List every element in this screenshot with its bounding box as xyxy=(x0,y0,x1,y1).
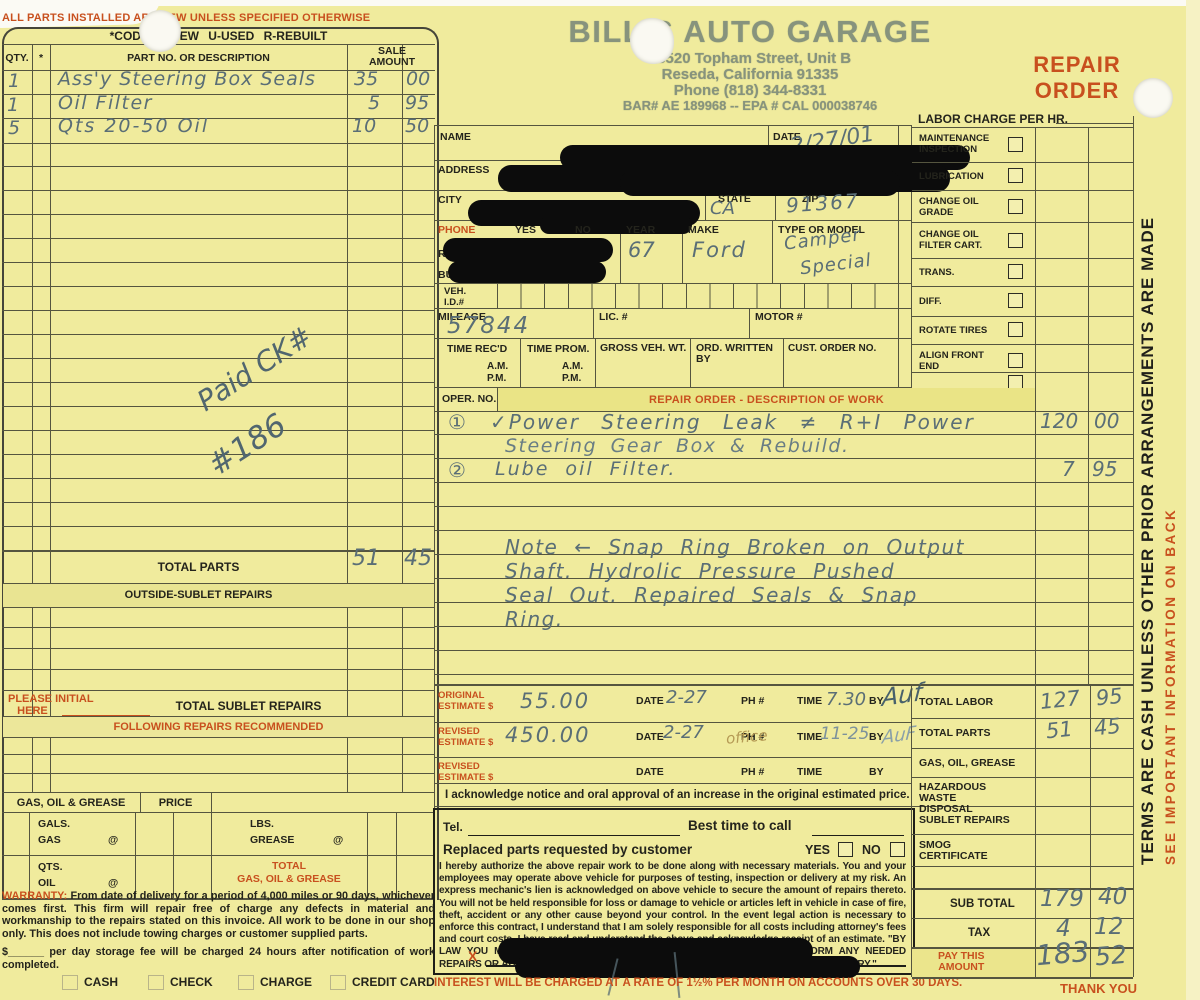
time-received-label: TIME REC'D xyxy=(447,343,507,355)
price-header: PRICE xyxy=(140,797,211,809)
qts-label: QTS. xyxy=(38,861,63,873)
replaced-yes-checkbox[interactable] xyxy=(838,842,853,857)
part-row-cents: 00 xyxy=(406,70,430,89)
work-note-line3: Seal Out. Repaired Seals & Snap xyxy=(505,585,918,605)
part-row-desc: Ass'y Steering Box Seals xyxy=(58,70,316,89)
part-row-qty: 1 xyxy=(8,72,20,91)
labor-item-label: DIFF. xyxy=(919,296,1001,307)
zip-value: 91367 xyxy=(785,190,860,215)
check-checkbox[interactable] xyxy=(148,975,164,990)
date-field-label: DATE xyxy=(636,731,664,743)
part-row-desc: Oil Filter xyxy=(58,94,153,113)
total-row-label: TOTAL PARTS xyxy=(919,727,991,739)
oil-at-sign: @ xyxy=(108,877,118,889)
parts-qty-header: QTY. xyxy=(3,52,31,64)
pm-label: P.M. xyxy=(562,373,581,384)
work-header: REPAIR ORDER - DESCRIPTION OF WORK xyxy=(498,394,1035,406)
phone-redaction xyxy=(448,261,606,283)
grease-at-sign: @ xyxy=(333,834,343,846)
part-row-qty: 1 xyxy=(7,96,19,115)
year-value: 67 xyxy=(628,240,655,261)
please-initial-label: PLEASE INITIAL HERE xyxy=(8,693,94,717)
gas-section-header: GAS, OIL & GREASE xyxy=(2,797,140,809)
grease-label: GREASE xyxy=(250,834,294,846)
pm-label: P.M. xyxy=(487,373,506,384)
lbs-label: LBS. xyxy=(250,818,274,830)
ph-field-label: PH # xyxy=(741,766,764,778)
signature-x-label: X xyxy=(468,948,477,964)
labor-item-checkbox[interactable] xyxy=(1008,353,1023,368)
total-row-cents: 95 xyxy=(1095,686,1124,710)
city-redaction xyxy=(540,216,692,234)
see-back-vertical-text: SEE IMPORTANT INFORMATION ON BACK xyxy=(1163,325,1178,865)
garage-phone: Phone (818) 344-8331 xyxy=(520,82,980,99)
original-estimate-date: 2-27 xyxy=(666,689,707,707)
total-parts-label: TOTAL PARTS xyxy=(50,560,347,574)
yes-label: YES xyxy=(805,843,830,857)
original-estimate-time: 7.30 xyxy=(826,691,866,709)
model-value-line2: Special xyxy=(799,252,873,279)
tel-line xyxy=(468,835,680,836)
customer-order-label: CUST. ORDER NO. xyxy=(788,343,876,354)
labor-item-checkbox[interactable] xyxy=(1008,168,1023,183)
gals-label: GALS. xyxy=(38,818,70,830)
total-row-label: SUBLET REPAIRS xyxy=(919,814,1010,826)
subtotal-cents: 40 xyxy=(1098,886,1127,909)
work-line3-cents: 95 xyxy=(1092,459,1117,479)
work-line3-text: Lube oil Filter. xyxy=(495,460,676,479)
part-row-qty: 5 xyxy=(8,119,20,138)
gross-weight-label: GROSS VEH. WT. xyxy=(600,343,688,354)
gas-at-sign: @ xyxy=(108,834,118,846)
following-repairs-label: FOLLOWING REPAIRS RECOMMENDED xyxy=(2,721,435,733)
order-written-by-label: ORD. WRITTENBY xyxy=(696,343,773,365)
pay-amount-cents: 52 xyxy=(1094,942,1128,970)
work-note-line2: Shaft. Hydrolic Pressure Pushed xyxy=(505,561,895,581)
code-legend: *CODE N-NEW U-USED R-REBUILT xyxy=(2,29,435,43)
part-row-dollars: 35 xyxy=(354,70,378,89)
am-label: A.M. xyxy=(562,361,583,372)
labor-item-label: ROTATE TIRES xyxy=(919,325,1001,336)
original-estimate-amount: 55.00 xyxy=(520,691,590,712)
oil-label: OIL xyxy=(38,877,56,889)
time-promised-label: TIME PROM. xyxy=(527,343,589,355)
tax-label: TAX xyxy=(968,927,990,939)
state-value: CA xyxy=(710,200,735,218)
blank-sublet-rows xyxy=(2,607,435,690)
hole-punch xyxy=(139,10,181,52)
total-row-label: HAZARDOUS WASTE DISPOSAL xyxy=(919,782,1009,815)
subtotal-dollars: 179 xyxy=(1040,888,1084,911)
original-estimate-label: ORIGINALESTIMATE $ xyxy=(438,690,493,712)
total-row-label: TOTAL LABOR xyxy=(919,696,993,708)
phone-no-label: NO xyxy=(575,224,591,236)
part-row-desc: Qts 20-50 Oil xyxy=(58,117,209,136)
total-row-label: SMOG CERTIFICATE xyxy=(919,840,999,862)
replaced-no-checkbox[interactable] xyxy=(890,842,905,857)
hole-punch xyxy=(1133,78,1173,118)
gas-label: GAS xyxy=(38,834,61,846)
total-row-dollars: 127 xyxy=(1039,688,1081,713)
work-line3-dollars: 7 xyxy=(1062,459,1075,479)
make-label: MAKE xyxy=(688,224,719,236)
date-field-label: DATE xyxy=(636,766,664,778)
labor-item-checkbox[interactable] xyxy=(1008,199,1023,214)
part-row-dollars: 5 xyxy=(368,94,380,113)
blank-parts-rows xyxy=(2,143,435,551)
phone-yes-label: YES xyxy=(515,224,536,236)
total-sublet-label: TOTAL SUBLET REPAIRS xyxy=(150,699,347,713)
work-note-line1: Note ← Snap Ring Broken on Output xyxy=(505,537,965,557)
labor-item-checkbox[interactable] xyxy=(1008,233,1023,248)
time-field-label: TIME xyxy=(797,766,822,778)
interest-notice: INTEREST WILL BE CHARGED AT A RATE OF 1½… xyxy=(434,977,962,989)
revised-estimate-amount: 450.00 xyxy=(505,725,590,746)
garage-license: BAR# AE 189968 -- EPA # CAL 000038746 xyxy=(520,98,980,113)
thank-you: THANK YOU xyxy=(1060,981,1137,996)
revised-estimate-time: 11-25 xyxy=(820,726,869,743)
labor-item-label: MAINTENANCE INSPECTION xyxy=(919,133,1001,155)
part-row-dollars: 10 xyxy=(352,117,376,136)
labor-item-checkbox[interactable] xyxy=(1008,137,1023,152)
check-label: CHECK xyxy=(170,975,213,989)
best-time-line xyxy=(812,835,904,836)
gas-total-label: TOTALGAS, OIL & GREASE xyxy=(211,860,367,886)
garage-street: 18520 Topham Street, Unit B xyxy=(520,50,980,67)
labor-item-label: CHANGE OIL FILTER CART. xyxy=(919,229,1001,251)
total-parts-cents: 45 xyxy=(404,548,432,570)
charge-label: CHARGE xyxy=(260,975,312,989)
work-line2-text: Steering Gear Box & Rebuild. xyxy=(505,437,849,456)
oper-no-label: OPER. NO. xyxy=(442,393,496,405)
acknowledge-text: I acknowledge notice and oral approval o… xyxy=(445,789,910,801)
revised-estimate-label: REVISEDESTIMATE $ xyxy=(438,726,493,748)
work-line1-text: ✓Power Steering Leak ≠ R+I Power xyxy=(490,412,975,432)
labor-item-label: TRANS. xyxy=(919,267,1001,278)
labor-charge-title: LABOR CHARGE PER HR. xyxy=(918,112,1068,126)
storage-fee-text: $______ per day storage fee will be char… xyxy=(2,946,435,971)
address-label: ADDRESS xyxy=(438,164,489,176)
license-label: LIC. # xyxy=(599,311,628,323)
parts-star-header: * xyxy=(34,52,48,64)
part-row-cents: 50 xyxy=(405,117,429,136)
garage-name: BILL'S AUTO GARAGE xyxy=(520,14,980,50)
replaced-parts-label: Replaced parts requested by customer xyxy=(443,842,692,857)
cash-checkbox[interactable] xyxy=(62,975,78,990)
motor-label: MOTOR # xyxy=(755,311,803,323)
labor-item-label: LUBRICATION xyxy=(919,171,1001,182)
time-field-label: TIME xyxy=(797,695,822,707)
phone-redaction xyxy=(443,238,613,262)
warranty-text: WARRANTY: From date of delivery for a pe… xyxy=(2,890,435,940)
work-note-line4: Ring. xyxy=(505,609,564,629)
total-row-label: GAS, OIL, GREASE xyxy=(919,757,1015,769)
outside-sublet-label: OUTSIDE-SUBLET REPAIRS xyxy=(50,589,347,601)
make-value: Ford xyxy=(692,240,747,261)
pay-amount-dollars: 183 xyxy=(1035,938,1091,971)
name-label: NAME xyxy=(440,131,471,143)
pay-this-amount-label: PAY THISAMOUNT xyxy=(938,951,985,973)
warranty-label: WARRANTY: xyxy=(2,890,67,902)
work-line1-number: ① xyxy=(448,412,466,432)
by-field-label: BY xyxy=(869,766,884,778)
garage-city: Reseda, California 91335 xyxy=(520,66,980,83)
labor-item-label: ALIGN FRONT END xyxy=(919,350,1001,372)
sale-amount-header: SALEAMOUNT xyxy=(347,46,437,68)
date-field-label: DATE xyxy=(636,695,664,707)
scan-top-edge xyxy=(0,0,1200,6)
credit-card-label: CREDIT CARD xyxy=(352,975,435,989)
total-row-cents: 45 xyxy=(1093,716,1122,740)
revised-estimate2-label: REVISEDESTIMATE $ xyxy=(438,761,493,783)
repair-order-title: REPAIRORDER xyxy=(1013,52,1141,104)
ph-field-label: PH # xyxy=(741,695,764,707)
work-line1-dollars: 120 xyxy=(1040,411,1078,431)
terms-cash-vertical-text: TERMS ARE CASH UNLESS OTHER PRIOR ARRANG… xyxy=(1138,185,1158,865)
best-time-label: Best time to call xyxy=(688,818,792,833)
tax-cents: 12 xyxy=(1094,916,1123,939)
all-parts-notice: ALL PARTS INSTALLED ARE NEW UNLESS SPECI… xyxy=(2,12,370,24)
blank-recommended-rows xyxy=(2,736,435,792)
time-field-label: TIME xyxy=(797,731,822,743)
labor-item-label: CHANGE OIL GRADE xyxy=(919,196,1001,218)
subtotal-label: SUB TOTAL xyxy=(950,898,1015,910)
hole-punch xyxy=(630,18,674,64)
repair-order-form: ALL PARTS INSTALLED ARE NEW UNLESS SPECI… xyxy=(0,0,1200,1000)
total-row-dollars: 51 xyxy=(1045,719,1074,743)
vehicle-id-boxes xyxy=(497,283,898,308)
part-row-cents: 95 xyxy=(405,94,429,113)
cash-label: CASH xyxy=(84,975,118,989)
labor-item-checkbox[interactable] xyxy=(1008,322,1023,337)
city-label: CITY xyxy=(438,194,462,206)
parts-desc-header: PART NO. OR DESCRIPTION xyxy=(50,52,347,64)
labor-item-checkbox[interactable] xyxy=(1008,293,1023,308)
year-label: YEAR xyxy=(626,224,655,236)
credit-card-checkbox[interactable] xyxy=(330,975,346,990)
work-line1-cents: 00 xyxy=(1094,411,1119,431)
no-label: NO xyxy=(862,843,881,857)
revised-estimate-ph: office xyxy=(725,728,768,747)
phone-label: PHONE xyxy=(438,224,475,236)
right-edge-strip xyxy=(1186,0,1200,1000)
total-parts-dollars: 51 xyxy=(352,548,380,570)
signature-redaction xyxy=(515,956,860,978)
am-label: A.M. xyxy=(487,361,508,372)
labor-title-line xyxy=(1056,123,1133,124)
labor-item-checkbox[interactable] xyxy=(1008,264,1023,279)
revised-estimate-date: 2-27 xyxy=(663,724,704,742)
mileage-value: 57844 xyxy=(447,315,530,338)
work-line3-number: ② xyxy=(448,460,466,480)
vehicle-id-label: VEH.I.D.# xyxy=(444,286,466,308)
tel-label: Tel. xyxy=(443,820,463,834)
charge-checkbox[interactable] xyxy=(238,975,254,990)
